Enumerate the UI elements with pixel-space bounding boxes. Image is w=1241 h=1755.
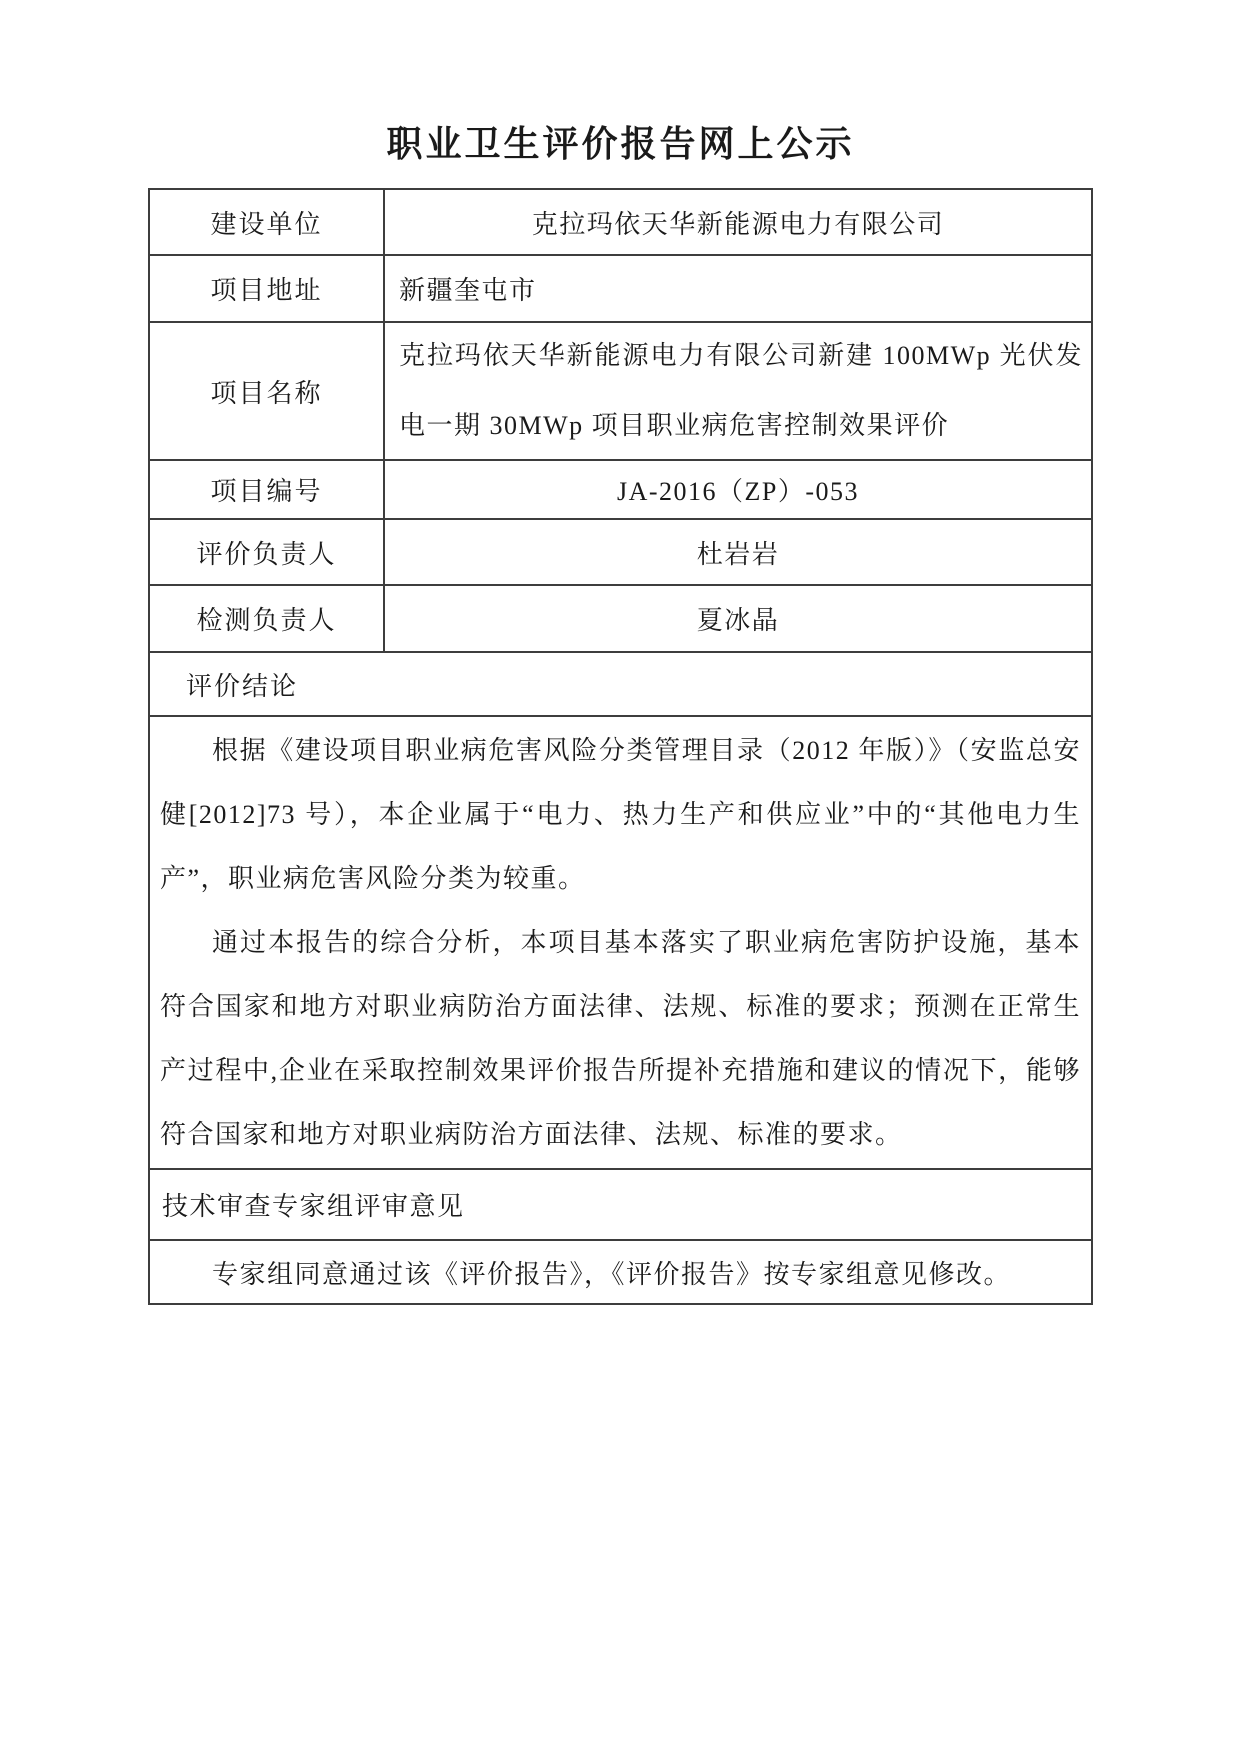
row-project-number: 项目编号 JA-2016（ZP）-053 (150, 459, 1091, 518)
conclusion-paragraph-2: 通过本报告的综合分析，本项目基本落实了职业病危害防护设施，基本符合国家和地方对职… (160, 911, 1081, 1167)
project-address-value: 新疆奎屯市 (399, 270, 1083, 307)
conclusion-section-body: 根据《建设项目职业病危害风险分类管理目录（2012 年版）》（安监总安健[201… (150, 715, 1091, 1168)
row-testing-leader: 检测负责人 夏冰晶 (150, 584, 1091, 651)
evaluation-leader-value: 杜岩岩 (385, 534, 1091, 571)
project-number-value-cell: JA-2016（ZP）-053 (385, 461, 1091, 518)
project-name-value: 克拉玛依天华新能源电力有限公司新建 100MWp 光伏发电一期 30MWp 项目… (399, 321, 1083, 461)
expert-review-opinion-row: 专家组同意通过该《评价报告》，《评价报告》按专家组意见修改。 (150, 1239, 1091, 1303)
construction-unit-label: 建设单位 (150, 190, 385, 254)
page-title: 职业卫生评价报告网上公示 (148, 120, 1093, 168)
project-name-value-cell: 克拉玛依天华新能源电力有限公司新建 100MWp 光伏发电一期 30MWp 项目… (385, 323, 1091, 459)
project-number-value: JA-2016（ZP）-053 (385, 471, 1091, 508)
testing-leader-label: 检测负责人 (150, 586, 385, 651)
testing-leader-value-cell: 夏冰晶 (385, 586, 1091, 651)
expert-review-opinion: 专家组同意通过该《评价报告》，《评价报告》按专家组意见修改。 (160, 1254, 1081, 1291)
construction-unit-value-cell: 克拉玛依天华新能源电力有限公司 (385, 190, 1091, 254)
conclusion-paragraph-1: 根据《建设项目职业病危害风险分类管理目录（2012 年版）》（安监总安健[201… (160, 719, 1081, 911)
row-project-name: 项目名称 克拉玛依天华新能源电力有限公司新建 100MWp 光伏发电一期 30M… (150, 321, 1091, 459)
project-address-label: 项目地址 (150, 256, 385, 321)
document-page: 职业卫生评价报告网上公示 建设单位 克拉玛依天华新能源电力有限公司 项目地址 新… (0, 0, 1241, 1755)
row-evaluation-leader: 评价负责人 杜岩岩 (150, 518, 1091, 584)
construction-unit-value: 克拉玛依天华新能源电力有限公司 (385, 204, 1091, 241)
evaluation-leader-value-cell: 杜岩岩 (385, 520, 1091, 584)
public-notice-table: 建设单位 克拉玛依天华新能源电力有限公司 项目地址 新疆奎屯市 项目名称 克拉玛… (148, 188, 1093, 1305)
testing-leader-value: 夏冰晶 (385, 600, 1091, 637)
row-project-address: 项目地址 新疆奎屯市 (150, 254, 1091, 321)
project-address-value-cell: 新疆奎屯市 (385, 256, 1091, 321)
expert-review-section-label: 技术审查专家组评审意见 (150, 1168, 1091, 1239)
row-construction-unit: 建设单位 克拉玛依天华新能源电力有限公司 (150, 190, 1091, 254)
project-number-label: 项目编号 (150, 461, 385, 518)
evaluation-leader-label: 评价负责人 (150, 520, 385, 584)
project-name-label: 项目名称 (150, 323, 385, 459)
conclusion-section-label: 评价结论 (150, 651, 1091, 715)
